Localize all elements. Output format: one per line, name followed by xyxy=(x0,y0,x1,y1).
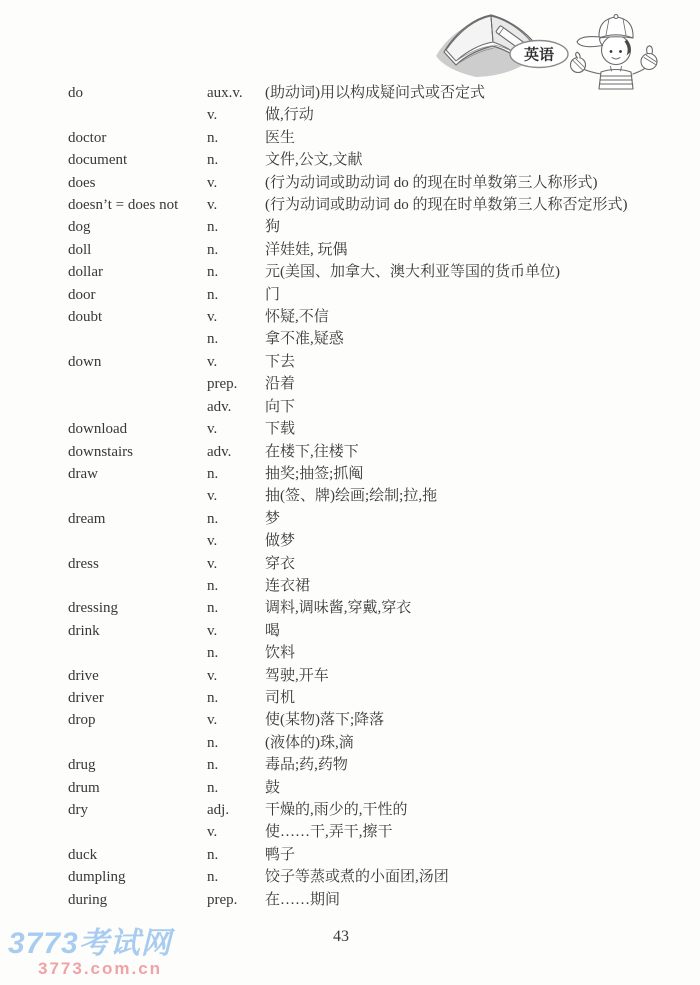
dictionary-entry-row: driver n. 司机 xyxy=(68,687,646,709)
entry-definition: 下去 xyxy=(265,351,646,373)
dictionary-entry-row: dressing n. 调料,调味酱,穿戴,穿衣 xyxy=(68,597,646,619)
entry-definition: 元(美国、加拿大、澳大利亚等国的货币单位) xyxy=(265,261,646,283)
entry-definition: 狗 xyxy=(265,216,646,238)
entry-definition: 司机 xyxy=(265,687,646,709)
boy-left-eye xyxy=(610,50,613,53)
entry-pos: v. xyxy=(207,351,265,373)
entry-definition: 鸭子 xyxy=(265,844,646,866)
entry-pos: adv. xyxy=(207,396,265,418)
entry-definition: 调料,调味酱,穿戴,穿衣 xyxy=(265,597,646,619)
badge-label: 英语 xyxy=(524,46,554,64)
entry-definition: 驾驶,开车 xyxy=(265,665,646,687)
entry-pos: v. xyxy=(207,194,265,216)
entry-definition: 鼓 xyxy=(265,777,646,799)
entry-pos: aux.v. xyxy=(207,82,265,104)
entry-word: download xyxy=(68,418,207,440)
dictionary-entry-row: doesn’t = does not v. (行为动词或助动词 do 的现在时单… xyxy=(68,194,646,216)
entry-definition: 怀疑,不信 xyxy=(265,306,646,328)
entry-word: down xyxy=(68,351,207,373)
entry-definition: 喝 xyxy=(265,620,646,642)
entry-word xyxy=(68,396,207,418)
dictionary-entry-row: v. 做,行动 xyxy=(68,104,646,126)
entry-word xyxy=(68,104,207,126)
entry-word: doctor xyxy=(68,127,207,149)
entry-word xyxy=(68,530,207,552)
entry-pos: n. xyxy=(207,261,265,283)
entry-word: dry xyxy=(68,799,207,821)
entry-pos: n. xyxy=(207,149,265,171)
entry-definition: 饺子等蒸或煮的小面团,汤团 xyxy=(265,866,646,888)
entry-pos: prep. xyxy=(207,373,265,395)
dictionary-entry-row: download v. 下载 xyxy=(68,418,646,440)
entry-pos: n. xyxy=(207,575,265,597)
entry-pos: n. xyxy=(207,284,265,306)
entry-word xyxy=(68,373,207,395)
entry-pos: n. xyxy=(207,216,265,238)
watermark-site-url: 3773.com.cn xyxy=(38,959,172,979)
entry-pos: n. xyxy=(207,642,265,664)
entry-definition: 门 xyxy=(265,284,646,306)
boy-cap-thumbs-up-icon xyxy=(571,15,658,90)
entry-pos: n. xyxy=(207,239,265,261)
entry-definition: (液体的)珠,滴 xyxy=(265,732,646,754)
entry-word: driver xyxy=(68,687,207,709)
dictionary-entry-row: dry adj. 干燥的,雨少的,干性的 xyxy=(68,799,646,821)
dictionary-entry-row: doll n. 洋娃娃, 玩偶 xyxy=(68,239,646,261)
dictionary-entry-row: n. 饮料 xyxy=(68,642,646,664)
entry-pos: v. xyxy=(207,665,265,687)
dictionary-entry-row: drum n. 鼓 xyxy=(68,777,646,799)
entry-word: dressing xyxy=(68,597,207,619)
boy-left-thumb xyxy=(576,52,580,58)
entry-pos: v. xyxy=(207,821,265,843)
dictionary-entry-row: duck n. 鸭子 xyxy=(68,844,646,866)
entry-definition: (行为动词或助动词 do 的现在时单数第三人称否定形式) xyxy=(265,194,646,216)
dictionary-entry-row: drink v. 喝 xyxy=(68,620,646,642)
entry-word: document xyxy=(68,149,207,171)
dictionary-entry-row: drop v. 使(某物)落下;降落 xyxy=(68,709,646,731)
entry-pos: v. xyxy=(207,709,265,731)
boy-right-fist xyxy=(641,54,657,70)
entry-word xyxy=(68,485,207,507)
entry-word: drum xyxy=(68,777,207,799)
dictionary-entry-row: doubt v. 怀疑,不信 xyxy=(68,306,646,328)
entry-pos: n. xyxy=(207,328,265,350)
entry-pos: v. xyxy=(207,104,265,126)
dictionary-entry-row: downstairs adv. 在楼下,往楼下 xyxy=(68,441,646,463)
entry-word: drug xyxy=(68,754,207,776)
entry-definition: 梦 xyxy=(265,508,646,530)
entry-pos: n. xyxy=(207,508,265,530)
entry-word: drive xyxy=(68,665,207,687)
entry-pos: n. xyxy=(207,777,265,799)
boy-right-thumb xyxy=(647,46,653,54)
entry-definition: 文件,公文,文献 xyxy=(265,149,646,171)
dictionary-entry-row: do aux.v. (助动词)用以构成疑问式或否定式 xyxy=(68,82,646,104)
dictionary-entry-row: n. 连衣裙 xyxy=(68,575,646,597)
entry-definition: 抽(签、牌)绘画;绘制;拉,拖 xyxy=(265,485,646,507)
entry-definition: (行为动词或助动词 do 的现在时单数第三人称形式) xyxy=(265,172,646,194)
entry-word xyxy=(68,732,207,754)
entry-definition: 在……期间 xyxy=(265,889,646,911)
entry-definition: 抽奖;抽签;抓阄 xyxy=(265,463,646,485)
entry-definition: 拿不准,疑惑 xyxy=(265,328,646,350)
entry-pos: n. xyxy=(207,127,265,149)
entry-definition: 使……干,弄干,擦干 xyxy=(265,821,646,843)
dictionary-entry-row: during prep. 在……期间 xyxy=(68,889,646,911)
entry-pos: n. xyxy=(207,844,265,866)
dictionary-entry-row: document n. 文件,公文,文献 xyxy=(68,149,646,171)
entry-pos: v. xyxy=(207,418,265,440)
entry-word: drop xyxy=(68,709,207,731)
dictionary-entry-row: dumpling n. 饺子等蒸或煮的小面团,汤团 xyxy=(68,866,646,888)
entry-word: dog xyxy=(68,216,207,238)
entry-pos: v. xyxy=(207,530,265,552)
entry-word: dress xyxy=(68,553,207,575)
dictionary-entry-row: down v. 下去 xyxy=(68,351,646,373)
entry-pos: n. xyxy=(207,597,265,619)
dictionary-entry-row: does v. (行为动词或助动词 do 的现在时单数第三人称形式) xyxy=(68,172,646,194)
entry-definition: 饮料 xyxy=(265,642,646,664)
entry-definition: 在楼下,往楼下 xyxy=(265,441,646,463)
dictionary-entry-row: v. 做梦 xyxy=(68,530,646,552)
entry-pos: prep. xyxy=(207,889,265,911)
entry-definition: 洋娃娃, 玩偶 xyxy=(265,239,646,261)
entry-pos: n. xyxy=(207,463,265,485)
entry-pos: n. xyxy=(207,732,265,754)
entry-pos: v. xyxy=(207,620,265,642)
dictionary-entry-row: adv. 向下 xyxy=(68,396,646,418)
dictionary-entry-row: doctor n. 医生 xyxy=(68,127,646,149)
entry-pos: n. xyxy=(207,866,265,888)
entry-word xyxy=(68,642,207,664)
dictionary-entry-row: prep. 沿着 xyxy=(68,373,646,395)
entry-word: during xyxy=(68,889,207,911)
entry-definition: (助动词)用以构成疑问式或否定式 xyxy=(265,82,646,104)
entry-word xyxy=(68,821,207,843)
dictionary-entry-row: dollar n. 元(美国、加拿大、澳大利亚等国的货币单位) xyxy=(68,261,646,283)
entries-list: do aux.v. (助动词)用以构成疑问式或否定式 v. 做,行动 docto… xyxy=(68,82,646,911)
dictionary-page: 英语 xyxy=(0,0,700,985)
entry-pos: v. xyxy=(207,553,265,575)
dictionary-entry-row: draw n. 抽奖;抽签;抓阄 xyxy=(68,463,646,485)
dictionary-entry-row: v. 抽(签、牌)绘画;绘制;拉,拖 xyxy=(68,485,646,507)
entry-definition: 向下 xyxy=(265,396,646,418)
dictionary-entry-row: drug n. 毒品;药,药物 xyxy=(68,754,646,776)
dictionary-entry-row: dress v. 穿衣 xyxy=(68,553,646,575)
entry-definition: 沿着 xyxy=(265,373,646,395)
entry-word: draw xyxy=(68,463,207,485)
dictionary-entry-row: n. 拿不准,疑惑 xyxy=(68,328,646,350)
english-badge: 英语 xyxy=(510,41,568,68)
entry-pos: adj. xyxy=(207,799,265,821)
boy-face xyxy=(602,36,631,65)
cap-visor xyxy=(577,37,603,47)
entry-word xyxy=(68,575,207,597)
page-number: 43 xyxy=(0,928,682,946)
dictionary-entry-row: drive v. 驾驶,开车 xyxy=(68,665,646,687)
dictionary-entry-row: door n. 门 xyxy=(68,284,646,306)
entry-word: does xyxy=(68,172,207,194)
entry-definition: 穿衣 xyxy=(265,553,646,575)
entry-definition: 医生 xyxy=(265,127,646,149)
entry-definition: 使(某物)落下;降落 xyxy=(265,709,646,731)
entry-word: duck xyxy=(68,844,207,866)
entry-pos: adv. xyxy=(207,441,265,463)
dictionary-entry-row: dog n. 狗 xyxy=(68,216,646,238)
entry-pos: n. xyxy=(207,754,265,776)
entry-pos: n. xyxy=(207,687,265,709)
entry-word: downstairs xyxy=(68,441,207,463)
entry-word: doesn’t = does not xyxy=(68,194,207,216)
entry-word: door xyxy=(68,284,207,306)
entry-word: dumpling xyxy=(68,866,207,888)
header-illustration: 英语 xyxy=(428,2,672,92)
entry-word: dollar xyxy=(68,261,207,283)
entry-word: doll xyxy=(68,239,207,261)
entry-definition: 连衣裙 xyxy=(265,575,646,597)
entry-pos: v. xyxy=(207,485,265,507)
entry-definition: 毒品;药,药物 xyxy=(265,754,646,776)
entry-definition: 做梦 xyxy=(265,530,646,552)
entry-word: do xyxy=(68,82,207,104)
dictionary-entry-row: dream n. 梦 xyxy=(68,508,646,530)
entry-word: drink xyxy=(68,620,207,642)
entry-definition: 下载 xyxy=(265,418,646,440)
entry-pos: v. xyxy=(207,306,265,328)
entry-pos: v. xyxy=(207,172,265,194)
entry-word: dream xyxy=(68,508,207,530)
boy-right-eye xyxy=(619,50,622,53)
entry-definition: 干燥的,雨少的,干性的 xyxy=(265,799,646,821)
cap-button xyxy=(614,15,618,19)
dictionary-entry-row: v. 使……干,弄干,擦干 xyxy=(68,821,646,843)
dictionary-entry-row: n. (液体的)珠,滴 xyxy=(68,732,646,754)
entry-word: doubt xyxy=(68,306,207,328)
entry-word xyxy=(68,328,207,350)
entry-definition: 做,行动 xyxy=(265,104,646,126)
